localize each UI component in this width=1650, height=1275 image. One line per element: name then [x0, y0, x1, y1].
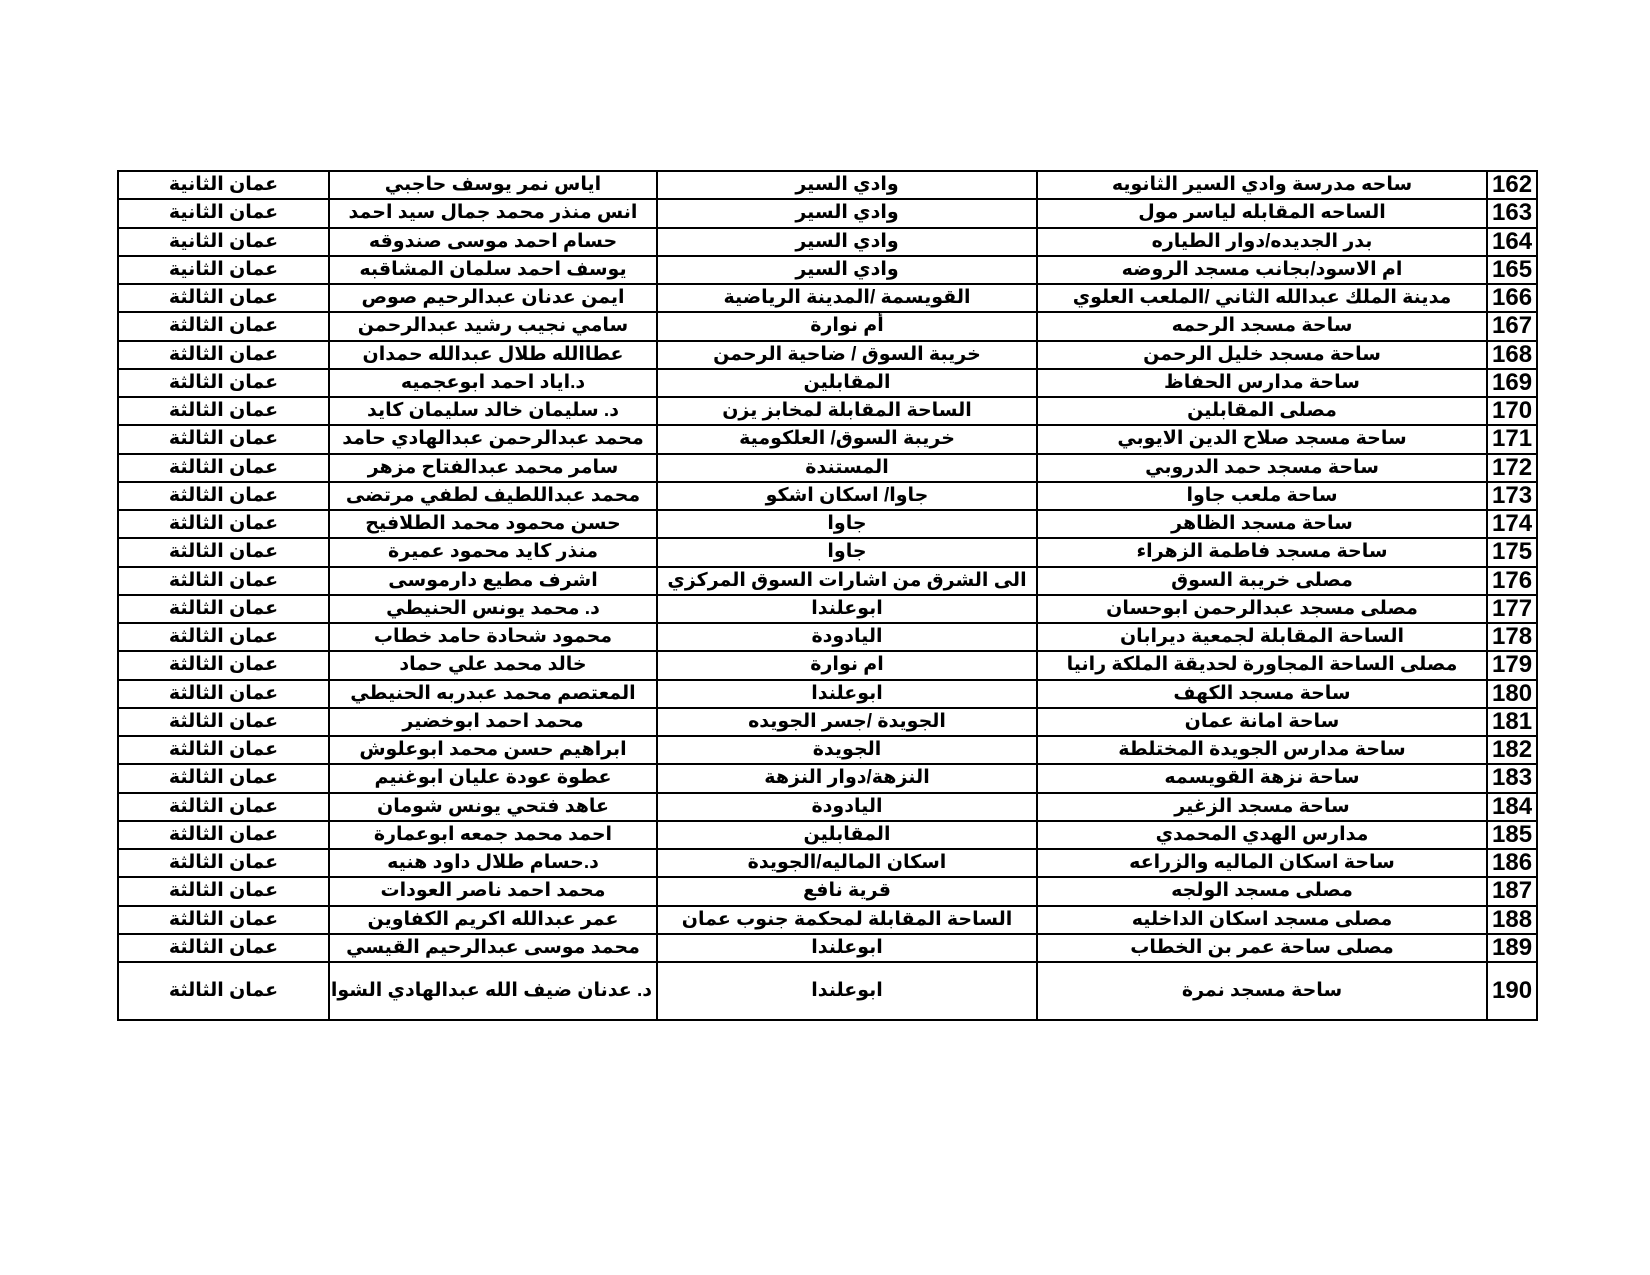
row-number: 189 — [1487, 934, 1537, 962]
table-body: 162ساحه مدرسة وادي السير الثانويهوادي ال… — [118, 171, 1537, 1020]
table-row: 185مدارس الهدي المحمديالمقابليناحمد محمد… — [118, 821, 1537, 849]
supervisor-name-cell: اشرف مطيع دارموسى — [329, 567, 657, 595]
area-cell: خريبة السوق/ العلكومية — [657, 425, 1037, 453]
supervisor-name-cell: انس منذر محمد جمال سيد احمد — [329, 199, 657, 227]
table-row: 172ساحة مسجد حمد الدروبيالمستندةسامر محم… — [118, 454, 1537, 482]
directorate-cell: عمان الثالثة — [118, 312, 329, 340]
location-cell: مصلى المقابلين — [1037, 397, 1487, 425]
location-cell: ساحة مسجد نمرة — [1037, 962, 1487, 1020]
row-number: 168 — [1487, 341, 1537, 369]
row-number: 164 — [1487, 228, 1537, 256]
area-cell: ابوعلندا — [657, 595, 1037, 623]
location-cell: الساحه المقابله لياسر مول — [1037, 199, 1487, 227]
row-number: 184 — [1487, 793, 1537, 821]
row-number: 175 — [1487, 538, 1537, 566]
row-number: 171 — [1487, 425, 1537, 453]
row-number: 177 — [1487, 595, 1537, 623]
row-number: 179 — [1487, 651, 1537, 679]
supervisor-name-cell: محمد عبدالرحمن عبدالهادي حامد — [329, 425, 657, 453]
supervisor-name-cell: محمد احمد ناصر العودات — [329, 877, 657, 905]
location-cell: ساحة مسجد الكهف — [1037, 680, 1487, 708]
directorate-cell: عمان الثالثة — [118, 764, 329, 792]
supervisor-name-cell: ايمن عدنان عبدالرحيم صوص — [329, 284, 657, 312]
supervisor-name-cell: د. عدنان ضيف الله عبدالهادي الشوابكه — [329, 962, 657, 1020]
location-cell: مصلى مسجد عبدالرحمن ابوحسان — [1037, 595, 1487, 623]
area-cell: الساحة المقابلة لمحكمة جنوب عمان — [657, 906, 1037, 934]
table-row: 162ساحه مدرسة وادي السير الثانويهوادي ال… — [118, 171, 1537, 199]
location-cell: ساحة مسجد الزغير — [1037, 793, 1487, 821]
row-number: 165 — [1487, 256, 1537, 284]
row-number: 172 — [1487, 454, 1537, 482]
prayer-sites-table: 162ساحه مدرسة وادي السير الثانويهوادي ال… — [117, 170, 1538, 1021]
supervisor-name-cell: عطاالله طلال عبدالله حمدان — [329, 341, 657, 369]
table-row: 176مصلى خريبة السوقالى الشرق من اشارات ا… — [118, 567, 1537, 595]
supervisor-name-cell: منذر كايد محمود عميرة — [329, 538, 657, 566]
table-row: 177مصلى مسجد عبدالرحمن ابوحسانابوعلنداد.… — [118, 595, 1537, 623]
supervisor-name-cell: سامر محمد عبدالفتاح مزهر — [329, 454, 657, 482]
location-cell: مصلى ساحة عمر بن الخطاب — [1037, 934, 1487, 962]
area-cell: خريبة السوق / ضاحية الرحمن — [657, 341, 1037, 369]
area-cell: اليادودة — [657, 793, 1037, 821]
directorate-cell: عمان الثالثة — [118, 425, 329, 453]
table-row: 187مصلى مسجد الولجهقرية نافعمحمد احمد نا… — [118, 877, 1537, 905]
directorate-cell: عمان الثالثة — [118, 877, 329, 905]
area-cell: اليادودة — [657, 623, 1037, 651]
location-cell: ساحة مسجد صلاح الدين الايوبي — [1037, 425, 1487, 453]
row-number: 166 — [1487, 284, 1537, 312]
area-cell: اسكان الماليه/الجويدة — [657, 849, 1037, 877]
location-cell: ساحة مسجد حمد الدروبي — [1037, 454, 1487, 482]
location-cell: ساحة مدارس الحفاظ — [1037, 369, 1487, 397]
location-cell: مصلى مسجد الولجه — [1037, 877, 1487, 905]
directorate-cell: عمان الثالثة — [118, 284, 329, 312]
area-cell: المقابلين — [657, 821, 1037, 849]
table-row: 184ساحة مسجد الزغيراليادودةعاهد فتحي يون… — [118, 793, 1537, 821]
directorate-cell: عمان الثالثة — [118, 538, 329, 566]
supervisor-name-cell: خالد محمد علي حماد — [329, 651, 657, 679]
table-row: 182ساحة مدارس الجويدة المختلطةالجويدةابر… — [118, 736, 1537, 764]
directorate-cell: عمان الثالثة — [118, 793, 329, 821]
area-cell: وادي السير — [657, 228, 1037, 256]
directorate-cell: عمان الثالثة — [118, 651, 329, 679]
area-cell: القويسمة /المدينة الرياضية — [657, 284, 1037, 312]
location-cell: ساحة ملعب جاوا — [1037, 482, 1487, 510]
supervisor-name-cell: حسام احمد موسى صندوقه — [329, 228, 657, 256]
supervisor-name-cell: حسن محمود محمد الطلافيح — [329, 510, 657, 538]
area-cell: المستندة — [657, 454, 1037, 482]
row-number: 188 — [1487, 906, 1537, 934]
location-cell: ساحة امانة عمان — [1037, 708, 1487, 736]
directorate-cell: عمان الثالثة — [118, 454, 329, 482]
supervisor-name-cell: محمد عبداللطيف لطفي مرتضى — [329, 482, 657, 510]
row-number: 190 — [1487, 962, 1537, 1020]
area-cell: الجويدة — [657, 736, 1037, 764]
area-cell: الى الشرق من اشارات السوق المركزي — [657, 567, 1037, 595]
supervisor-name-cell: اياس نمر يوسف حاجبي — [329, 171, 657, 199]
row-number: 176 — [1487, 567, 1537, 595]
area-cell: وادي السير — [657, 171, 1037, 199]
location-cell: مدارس الهدي المحمدي — [1037, 821, 1487, 849]
area-cell: ابوعلندا — [657, 934, 1037, 962]
supervisor-name-cell: ابراهيم حسن محمد ابوعلوش — [329, 736, 657, 764]
supervisor-name-cell: محمد احمد ابوخضير — [329, 708, 657, 736]
supervisor-name-cell: عاهد فتحي يونس شومان — [329, 793, 657, 821]
row-number: 180 — [1487, 680, 1537, 708]
directorate-cell: عمان الثالثة — [118, 341, 329, 369]
table-row: 180ساحة مسجد الكهفابوعلنداالمعتصم محمد ع… — [118, 680, 1537, 708]
table-row: 190ساحة مسجد نمرةابوعلنداد. عدنان ضيف ال… — [118, 962, 1537, 1020]
directorate-cell: عمان الثانية — [118, 199, 329, 227]
directorate-cell: عمان الثالثة — [118, 906, 329, 934]
supervisor-name-cell: محمد موسى عبدالرحيم القيسي — [329, 934, 657, 962]
table-row: 169ساحة مدارس الحفاظالمقابليند.اياد احمد… — [118, 369, 1537, 397]
directorate-cell: عمان الثالثة — [118, 567, 329, 595]
table-row: 179مصلى الساحة المجاورة لحديقة الملكة را… — [118, 651, 1537, 679]
document-page: 162ساحه مدرسة وادي السير الثانويهوادي ال… — [0, 0, 1650, 1275]
table-row: 178الساحة المقابلة لجمعية ديراباناليادود… — [118, 623, 1537, 651]
table-row: 188مصلى مسجد اسكان الداخليهالساحة المقاب… — [118, 906, 1537, 934]
area-cell: المقابلين — [657, 369, 1037, 397]
table-row: 163الساحه المقابله لياسر مولوادي السيران… — [118, 199, 1537, 227]
row-number: 181 — [1487, 708, 1537, 736]
directorate-cell: عمان الثالثة — [118, 510, 329, 538]
directorate-cell: عمان الثالثة — [118, 849, 329, 877]
row-number: 183 — [1487, 764, 1537, 792]
directorate-cell: عمان الثالثة — [118, 821, 329, 849]
location-cell: ساحة مسجد خليل الرحمن — [1037, 341, 1487, 369]
area-cell: ام نوارة — [657, 651, 1037, 679]
location-cell: ساحة مسجد الظاهر — [1037, 510, 1487, 538]
area-cell: جاوا — [657, 510, 1037, 538]
table-row: 175ساحة مسجد فاطمة الزهراءجاوامنذر كايد … — [118, 538, 1537, 566]
location-cell: بدر الجديده/دوار الطياره — [1037, 228, 1487, 256]
location-cell: ساحة مدارس الجويدة المختلطة — [1037, 736, 1487, 764]
directorate-cell: عمان الثانية — [118, 171, 329, 199]
supervisor-name-cell: د.اياد احمد ابوعجميه — [329, 369, 657, 397]
location-cell: مصلى مسجد اسكان الداخليه — [1037, 906, 1487, 934]
table-row: 164بدر الجديده/دوار الطيارهوادي السيرحسا… — [118, 228, 1537, 256]
table-row: 183ساحة نزهة القويسمهالنزهة/دوار النزهةع… — [118, 764, 1537, 792]
supervisor-name-cell: محمود شحادة حامد خطاب — [329, 623, 657, 651]
supervisor-name-cell: عطوة عودة عليان ابوغنيم — [329, 764, 657, 792]
directorate-cell: عمان الثالثة — [118, 736, 329, 764]
supervisor-name-cell: سامي نجيب رشيد عبدالرحمن — [329, 312, 657, 340]
row-number: 187 — [1487, 877, 1537, 905]
supervisor-name-cell: د. محمد يونس الحنيطي — [329, 595, 657, 623]
directorate-cell: عمان الثالثة — [118, 482, 329, 510]
supervisor-name-cell: احمد محمد جمعه ابوعمارة — [329, 821, 657, 849]
directorate-cell: عمان الثالثة — [118, 623, 329, 651]
supervisor-name-cell: يوسف احمد سلمان المشاقبه — [329, 256, 657, 284]
area-cell: ابوعلندا — [657, 962, 1037, 1020]
location-cell: مدينة الملك عبدالله الثاني /الملعب العلو… — [1037, 284, 1487, 312]
row-number: 163 — [1487, 199, 1537, 227]
directorate-cell: عمان الثالثة — [118, 397, 329, 425]
location-cell: الساحة المقابلة لجمعية ديرابان — [1037, 623, 1487, 651]
table-row: 165ام الاسود/بجانب مسجد الروضهوادي السير… — [118, 256, 1537, 284]
table-row: 186ساحة اسكان الماليه والزراعهاسكان الما… — [118, 849, 1537, 877]
area-cell: جاوا — [657, 538, 1037, 566]
table-row: 174ساحة مسجد الظاهرجاواحسن محمود محمد ال… — [118, 510, 1537, 538]
location-cell: ساحة اسكان الماليه والزراعه — [1037, 849, 1487, 877]
location-cell: ساحة مسجد فاطمة الزهراء — [1037, 538, 1487, 566]
supervisor-name-cell: المعتصم محمد عبدربه الحنيطي — [329, 680, 657, 708]
location-cell: ساحة مسجد الرحمه — [1037, 312, 1487, 340]
row-number: 185 — [1487, 821, 1537, 849]
table-row: 168ساحة مسجد خليل الرحمنخريبة السوق / ضا… — [118, 341, 1537, 369]
row-number: 169 — [1487, 369, 1537, 397]
supervisor-name-cell: د.حسام طلال داود هنيه — [329, 849, 657, 877]
table-row: 173ساحة ملعب جاواجاوا/ اسكان اشكومحمد عب… — [118, 482, 1537, 510]
directorate-cell: عمان الثالثة — [118, 708, 329, 736]
area-cell: وادي السير — [657, 199, 1037, 227]
location-cell: ساحه مدرسة وادي السير الثانويه — [1037, 171, 1487, 199]
directorate-cell: عمان الثانية — [118, 228, 329, 256]
area-cell: الجويدة /جسر الجويده — [657, 708, 1037, 736]
directorate-cell: عمان الثالثة — [118, 680, 329, 708]
row-number: 182 — [1487, 736, 1537, 764]
row-number: 186 — [1487, 849, 1537, 877]
row-number: 170 — [1487, 397, 1537, 425]
directorate-cell: عمان الثانية — [118, 256, 329, 284]
location-cell: مصلى الساحة المجاورة لحديقة الملكة رانيا — [1037, 651, 1487, 679]
location-cell: ام الاسود/بجانب مسجد الروضه — [1037, 256, 1487, 284]
table-row: 170مصلى المقابلينالساحة المقابلة لمخابز … — [118, 397, 1537, 425]
directorate-cell: عمان الثالثة — [118, 595, 329, 623]
area-cell: ابوعلندا — [657, 680, 1037, 708]
directorate-cell: عمان الثالثة — [118, 962, 329, 1020]
directorate-cell: عمان الثالثة — [118, 934, 329, 962]
area-cell: وادي السير — [657, 256, 1037, 284]
supervisor-name-cell: عمر عبدالله اكريم الكفاوين — [329, 906, 657, 934]
row-number: 178 — [1487, 623, 1537, 651]
table-row: 171ساحة مسجد صلاح الدين الايوبيخريبة الس… — [118, 425, 1537, 453]
area-cell: قرية نافع — [657, 877, 1037, 905]
table-row: 166مدينة الملك عبدالله الثاني /الملعب ال… — [118, 284, 1537, 312]
table-row: 167ساحة مسجد الرحمهأم نوارةسامي نجيب رشي… — [118, 312, 1537, 340]
directorate-cell: عمان الثالثة — [118, 369, 329, 397]
table-row: 189مصلى ساحة عمر بن الخطابابوعلندامحمد م… — [118, 934, 1537, 962]
row-number: 167 — [1487, 312, 1537, 340]
row-number: 173 — [1487, 482, 1537, 510]
location-cell: ساحة نزهة القويسمه — [1037, 764, 1487, 792]
area-cell: الساحة المقابلة لمخابز يزن — [657, 397, 1037, 425]
area-cell: أم نوارة — [657, 312, 1037, 340]
area-cell: جاوا/ اسكان اشكو — [657, 482, 1037, 510]
row-number: 162 — [1487, 171, 1537, 199]
area-cell: النزهة/دوار النزهة — [657, 764, 1037, 792]
row-number: 174 — [1487, 510, 1537, 538]
location-cell: مصلى خريبة السوق — [1037, 567, 1487, 595]
supervisor-name-cell: د. سليمان خالد سليمان كايد — [329, 397, 657, 425]
table-row: 181ساحة امانة عمانالجويدة /جسر الجويدهمح… — [118, 708, 1537, 736]
